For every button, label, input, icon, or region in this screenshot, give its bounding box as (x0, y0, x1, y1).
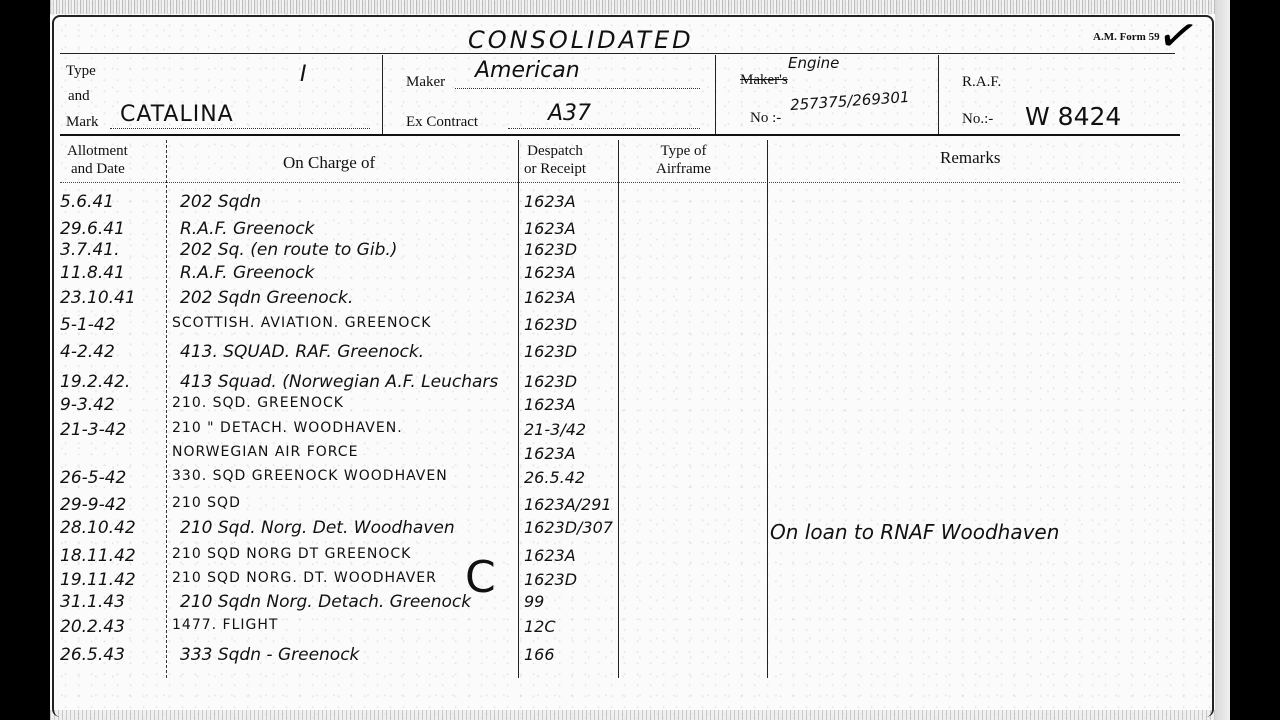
form-number: A.M. Form 59 (1093, 31, 1160, 43)
entry-despatch: 26.5.42 (524, 468, 585, 487)
entry-despatch: 1623A (524, 444, 576, 463)
entry-despatch: 1623A/291 (524, 495, 612, 514)
entry-date: 31.1.43 (60, 592, 125, 612)
column-header-rule (60, 182, 1180, 183)
entry-on-charge: 330. SQD GREENOCK WOODHAVEN (172, 468, 448, 484)
entry-date: 29.6.41 (60, 219, 125, 239)
makers-no-label: No :- (750, 110, 781, 127)
entry-despatch: 1623A (524, 219, 576, 238)
column-on-charge-header: On Charge of (283, 153, 375, 173)
entry-on-charge: 202 Sqdn Greenock. (180, 288, 353, 308)
column-divider-despatch (618, 140, 619, 678)
header-divider-1 (382, 55, 383, 134)
entry-despatch: 1623D (524, 570, 577, 589)
entry-date: 18.11.42 (60, 546, 136, 566)
entry-despatch: 21-3/42 (524, 420, 586, 439)
entry-despatch: 1623D (524, 315, 577, 334)
header-bottom-rule (60, 134, 1180, 136)
entry-date: 5.6.41 (60, 192, 114, 212)
record-card: CONSOLIDATED A.M. Form 59 ✓ Type and Mar… (50, 0, 1215, 720)
scan-edge-top (50, 0, 1215, 14)
entry-on-charge: R.A.F. Greenock (180, 263, 314, 283)
entry-date: 4-2.42 (60, 342, 115, 362)
entry-despatch: 12C (524, 617, 556, 636)
entry-despatch: 1623A (524, 263, 576, 282)
type-marking: I (300, 62, 307, 87)
ex-contract-label: Ex Contract (406, 114, 478, 131)
entry-date: 21-3-42 (60, 420, 126, 440)
entry-on-charge: 413 Squad. (Norwegian A.F. Leuchars (180, 372, 498, 392)
mark-dotted-line (110, 128, 370, 129)
entry-date: 26-5-42 (60, 468, 126, 488)
entry-date: 19.11.42 (60, 570, 136, 590)
entry-despatch: 166 (524, 645, 555, 664)
raf-label: R.A.F. (962, 74, 1001, 91)
entry-despatch: 1623D (524, 342, 577, 361)
entry-on-charge: 210. SQD. GREENOCK (172, 395, 344, 411)
maker-label: Maker (406, 74, 445, 91)
header-divider-2 (715, 55, 716, 134)
maker-value: American (475, 58, 580, 83)
entry-despatch: 1623A (524, 395, 576, 414)
entry-on-charge: 210 Sqd. Norg. Det. Woodhaven (180, 518, 455, 538)
raf-no-label: No.:- (962, 111, 993, 128)
entry-on-charge: 210 Sqdn Norg. Detach. Greenock (180, 592, 471, 612)
entry-date: 11.8.41 (60, 263, 125, 283)
entry-on-charge: SCOTTISH. AVIATION. GREENOCK (172, 315, 431, 331)
entry-on-charge: R.A.F. Greenock (180, 219, 314, 239)
handwritten-title: CONSOLIDATED (468, 26, 694, 54)
entry-date: 5-1-42 (60, 315, 116, 335)
raf-serial-number: W 8424 (1025, 102, 1121, 131)
entry-date: 20.2.43 (60, 617, 125, 637)
entry-on-charge: 210 SQD NORG DT GREENOCK (172, 546, 411, 562)
entry-on-charge: 413. SQUAD. RAF. Greenock. (180, 342, 424, 362)
entry-despatch: 1623A (524, 192, 576, 211)
entry-on-charge: 210 " DETACH. WOODHAVEN. (172, 420, 403, 436)
entry-despatch: 1623D (524, 372, 577, 391)
column-divider-date (166, 140, 167, 678)
entry-despatch: 1623D/307 (524, 518, 613, 537)
mark-label: Mark (66, 114, 99, 131)
column-divider-oncharge (518, 140, 519, 678)
entry-on-charge: 1477. FLIGHT (172, 617, 278, 633)
entry-despatch: 1623A (524, 288, 576, 307)
column-despatch-header: Despatch or Receipt (524, 142, 586, 178)
type-mark-value: CATALINA (120, 102, 234, 127)
engine-annotation: Engine (788, 54, 839, 72)
entry-date: 3.7.41. (60, 240, 119, 260)
margin-mark: C (465, 552, 496, 603)
column-airframe-header: Type of Airframe (656, 142, 711, 178)
entry-date: 9-3.42 (60, 395, 115, 415)
column-divider-airframe (767, 140, 768, 678)
entry-despatch: 99 (524, 592, 544, 611)
entry-date: 26.5.43 (60, 645, 125, 665)
entry-on-charge: NORWEGIAN AIR FORCE (172, 444, 358, 460)
entry-on-charge: 210 SQD NORG. DT. WOODHAVER (172, 570, 437, 586)
page-shadow (1215, 0, 1230, 720)
and-label: and (68, 88, 90, 105)
entry-date: 29-9-42 (60, 495, 126, 515)
column-allotment-header: Allotment and Date (67, 142, 128, 178)
entry-remarks: On loan to RNAF Woodhaven (770, 520, 1059, 544)
entry-despatch: 1623D (524, 240, 577, 259)
entry-date: 28.10.42 (60, 518, 136, 538)
entry-on-charge: 333 Sqdn - Greenock (180, 645, 359, 665)
entry-despatch: 1623A (524, 546, 576, 565)
column-remarks-header: Remarks (940, 148, 1000, 168)
type-label: Type (66, 63, 96, 80)
entry-on-charge: 202 Sqdn (180, 192, 261, 212)
makers-label: Maker's (740, 72, 788, 89)
entry-date: 19.2.42. (60, 372, 130, 392)
ex-contract-value: A37 (548, 101, 591, 126)
maker-dotted-line (455, 88, 700, 89)
entry-on-charge: 210 SQD (172, 495, 241, 511)
header-divider-3 (938, 55, 939, 134)
header-top-rule (60, 53, 1175, 54)
entry-date: 23.10.41 (60, 288, 136, 308)
entry-on-charge: 202 Sq. (en route to Gib.) (180, 240, 397, 260)
ex-contract-dotted-line (508, 128, 700, 129)
